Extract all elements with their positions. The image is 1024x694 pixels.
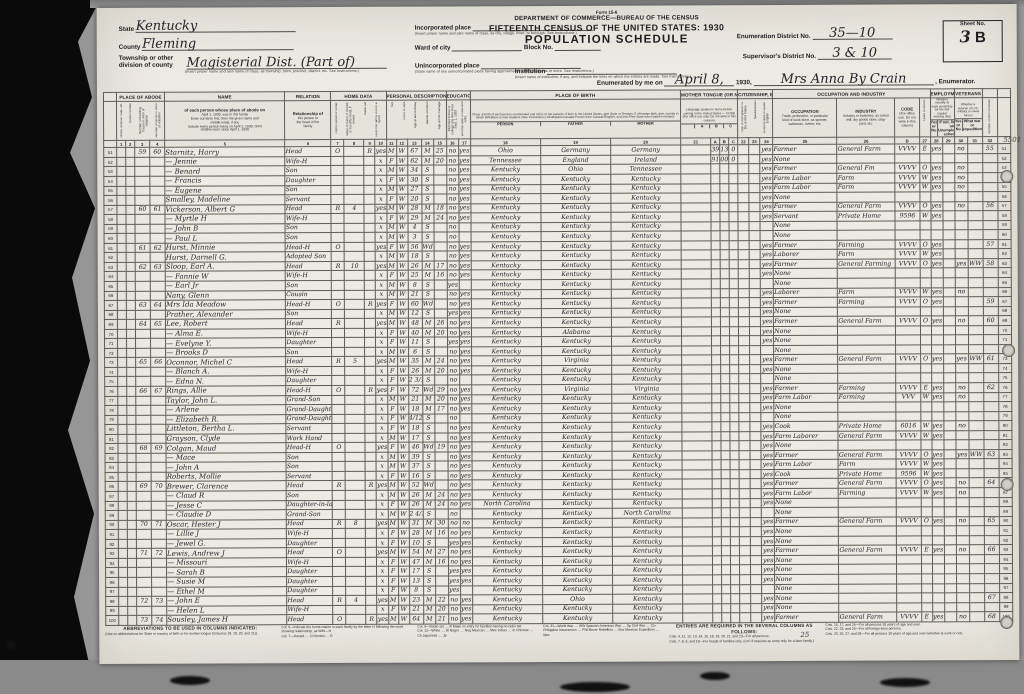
immigration-year: [740, 565, 751, 575]
read-write: yes: [459, 213, 471, 223]
tenure: [332, 347, 345, 357]
home-value: [345, 452, 365, 462]
speaks-english: yes: [762, 575, 775, 585]
attended-school: no: [446, 156, 458, 166]
marital-condition: S: [421, 194, 433, 204]
age: 31: [409, 519, 423, 529]
line-number-right: 89: [999, 507, 1012, 517]
home-value: [344, 233, 364, 243]
veteran: [954, 154, 967, 164]
attended-school: no: [447, 414, 459, 424]
dwelling-number: [137, 577, 152, 587]
age-at-marriage: 17: [434, 261, 447, 271]
code-b: [721, 317, 730, 327]
code-a: [712, 441, 721, 451]
color-race: W: [397, 318, 408, 328]
family-number: [151, 529, 166, 539]
naturalization: [749, 164, 760, 174]
sex: F: [388, 605, 398, 615]
at-work: [931, 335, 943, 345]
mother-tongue: [683, 594, 713, 604]
sex: F: [386, 213, 396, 223]
paragraph-line: yard, etc.: [838, 122, 893, 126]
veteran: yes: [955, 259, 968, 269]
occupation-code: [896, 345, 920, 355]
read-write: yes: [459, 289, 471, 299]
occupation: None: [774, 441, 838, 451]
farm-schedule: [983, 402, 998, 412]
family-number: [151, 424, 166, 434]
mother-tongue: [683, 584, 713, 594]
column-description: CODE(For officeuse. Do notwrite in thisc…: [895, 98, 919, 137]
industry: [837, 154, 895, 164]
read-write: yes: [460, 433, 472, 443]
column-number: 24: [760, 138, 773, 145]
mother-birthplace: Kentucky: [611, 308, 681, 318]
family-number: [151, 453, 166, 463]
naturalization: [750, 412, 761, 422]
name: Mrs Ida Meadow: [165, 300, 285, 310]
dwelling-number: [136, 472, 151, 482]
line-number: 71: [105, 339, 118, 349]
speaks-english: yes: [761, 498, 774, 508]
farm-schedule: [983, 268, 998, 278]
code-b: [721, 393, 730, 403]
column-group-label: PERSONAL DESCRIPTION: [386, 91, 446, 100]
age: 28: [409, 528, 423, 538]
veteran: [955, 297, 968, 307]
farm-residence: yes: [376, 261, 387, 271]
column-number: A: [711, 138, 720, 145]
at-work: yes: [932, 612, 944, 622]
farm-residence: yes: [377, 614, 388, 624]
birthplace: Kentucky: [472, 585, 542, 595]
naturalization: [750, 431, 761, 441]
immigration-year: [739, 307, 750, 317]
vertical-labels: [998, 99, 1010, 135]
sex: M: [387, 290, 397, 300]
code-b: [720, 288, 729, 298]
attended-school: no: [448, 442, 460, 452]
radio-set: [364, 185, 375, 195]
code-b: [721, 412, 730, 422]
occupation: None: [773, 221, 837, 231]
speaks-english: yes: [762, 594, 775, 604]
at-work: yes: [931, 297, 943, 307]
birthplace: Kentucky: [471, 203, 541, 213]
at-work: yes: [931, 287, 943, 297]
occupation-code: VVVV: [897, 459, 921, 469]
birthplace: Kentucky: [470, 165, 540, 175]
tenure: R: [332, 261, 345, 271]
birthplace: Kentucky: [471, 289, 541, 299]
tenure: O: [333, 615, 346, 625]
family-number: [152, 606, 167, 616]
street: [118, 377, 127, 387]
scanned-census-page: State Kentucky County Fleming Township o…: [0, 0, 1024, 694]
family-number: [150, 176, 165, 186]
sex: F: [387, 442, 397, 452]
line-number: 56: [104, 196, 117, 206]
mother-tongue: [682, 451, 712, 461]
name: Smalley, Madeline: [165, 195, 285, 205]
farm-residence: x: [377, 586, 388, 596]
attended-school: no: [447, 404, 459, 414]
line-number: 66: [104, 291, 117, 301]
mother-birthplace: Kentucky: [611, 203, 681, 213]
immigration-year: [739, 479, 750, 489]
speaks-english: yes: [762, 603, 775, 613]
dwelling-number: [135, 310, 150, 320]
war-expedition: [969, 535, 984, 545]
paragraph-line: salesman, riveter, etc.: [774, 122, 835, 126]
radio-set: [364, 156, 375, 166]
line-number-right: 61: [998, 239, 1011, 249]
veteran: no: [954, 182, 967, 192]
radio-set: [366, 490, 377, 500]
column-number: 4: [150, 141, 165, 148]
family-number: [151, 472, 166, 482]
tenure: [333, 586, 346, 596]
industry: [837, 221, 895, 231]
age: 20: [407, 194, 421, 204]
dwelling-number: [135, 157, 150, 167]
industry: Farm: [838, 459, 896, 469]
marital-condition: Wd: [423, 442, 435, 452]
at-work: yes: [932, 459, 944, 469]
age-at-marriage: 29: [434, 385, 447, 395]
occupation: None: [775, 555, 839, 565]
farm-schedule: [984, 583, 999, 593]
birthplace: Kentucky: [471, 394, 541, 404]
veteran: [955, 402, 968, 412]
code-b: [722, 594, 731, 604]
occupation: Farmer: [775, 546, 839, 556]
farm-residence: x: [377, 557, 388, 567]
line-number: 85: [105, 472, 118, 482]
sub-column-label: C: [723, 124, 737, 128]
speaks-english: yes: [761, 469, 774, 479]
farm-residence: x: [375, 223, 386, 233]
line-number: 69: [104, 320, 117, 330]
farm-residence: x: [375, 213, 386, 223]
attended-school: no: [447, 194, 459, 204]
vertical-labels: SexColor or raceAge at last birthdayMari…: [387, 102, 446, 138]
sheet-value: 3: [960, 27, 971, 46]
census-table: PLACE OF ABODENAMERELATIONHOME DATAPERSO…: [103, 88, 1013, 626]
code-a: [712, 336, 721, 346]
occupation: Farmer: [775, 612, 839, 622]
speaks-english: yes: [761, 355, 774, 365]
column-description: Place of birth of each person enumerated…: [470, 99, 681, 139]
state-label: State: [119, 26, 134, 33]
family-number: [151, 510, 166, 520]
occupation-code: [896, 268, 920, 278]
relation: Daughter: [287, 567, 333, 577]
unemployment-line: [943, 373, 955, 383]
township-field: Township or other division of county Mag…: [119, 55, 409, 74]
attended-school: no: [448, 547, 460, 557]
column-number: 17: [458, 139, 470, 146]
war-expedition: [968, 325, 983, 335]
mother-tongue: [682, 346, 712, 356]
occupation: Farmer: [774, 297, 838, 307]
unemployment-line: [944, 440, 956, 450]
birthplace: Kentucky: [472, 490, 542, 500]
industry: General Farm: [838, 431, 896, 441]
immigration-year: [739, 374, 750, 384]
mother-tongue: [681, 288, 711, 298]
family-number: [151, 338, 166, 348]
code-c: [731, 546, 740, 556]
veteran: [956, 593, 969, 603]
unemployment-line: [944, 431, 956, 441]
at-work: yes: [931, 383, 943, 393]
worker-class: O: [919, 201, 930, 211]
sex: F: [387, 404, 397, 414]
farm-residence: x: [376, 309, 387, 319]
unemployment-line: [943, 211, 955, 221]
enumerator-name: Mrs Anna By Crain: [781, 71, 907, 87]
relation: Grand-Daughter: [286, 414, 332, 424]
age: 10: [409, 538, 423, 548]
tenure: [332, 271, 345, 281]
farm-residence: yes: [377, 548, 388, 558]
read-write: yes: [460, 461, 472, 471]
occupation: None: [774, 336, 838, 346]
farm-residence: yes: [375, 204, 386, 214]
dwelling-number: [135, 186, 150, 196]
house-number: [126, 243, 135, 253]
worker-class: [920, 373, 931, 383]
marital-condition: S: [423, 586, 435, 596]
house-number: [127, 415, 136, 425]
tenure: [333, 567, 346, 577]
unemployment-line: [943, 421, 955, 431]
veteran: yes: [956, 450, 969, 460]
birthplace: Kentucky: [471, 260, 541, 270]
house-number: [128, 558, 137, 568]
marital-condition: Wd: [422, 385, 434, 395]
veteran: [955, 249, 968, 259]
occupation-code: [896, 335, 920, 345]
age: 2 3/12: [408, 376, 422, 386]
at-work: [931, 364, 943, 374]
name: — John E: [167, 596, 287, 606]
home-value: [346, 538, 366, 548]
code-a: [711, 193, 720, 203]
radio-set: [366, 519, 377, 529]
code-b: [721, 537, 730, 547]
mother-tongue: [682, 384, 712, 394]
name: — Eugene: [165, 185, 285, 195]
unemployment-line: [944, 593, 956, 603]
line-number-right: 58: [998, 211, 1011, 221]
table-header: PLACE OF ABODENAMERELATIONHOME DATAPERSO…: [103, 89, 1010, 148]
dwelling-number: [135, 281, 150, 291]
tenure: [331, 214, 344, 224]
naturalization: [751, 555, 762, 565]
mother-birthplace: Kentucky: [613, 594, 683, 604]
age-at-marriage: [435, 471, 448, 481]
code-a: [711, 288, 720, 298]
home-value: [346, 605, 366, 615]
color-race: W: [397, 261, 408, 271]
relation: Son: [285, 185, 331, 195]
line-number: 65: [104, 281, 117, 291]
attended-school: no: [448, 519, 460, 529]
home-value: [345, 404, 365, 414]
occupation: Farm Laborer: [774, 431, 838, 441]
age: 48: [408, 318, 422, 328]
radio-set: R: [366, 481, 377, 491]
sub-columns: Yes or NoWhat war or expedition: [955, 118, 982, 131]
relation: Head: [287, 519, 333, 529]
unemployment-line: [944, 583, 956, 593]
street: [117, 234, 126, 244]
speaks-english: yes: [761, 450, 774, 460]
dwelling-number: [136, 405, 151, 415]
read-write: yes: [458, 165, 470, 175]
naturalization: [750, 479, 761, 489]
farm-residence: x: [375, 194, 386, 204]
at-work: [930, 154, 942, 164]
sex: M: [386, 185, 396, 195]
house-number: [127, 358, 136, 368]
mother-birthplace: Kentucky: [612, 470, 682, 480]
occupation: Farmer: [774, 316, 838, 326]
farm-schedule: [983, 287, 998, 297]
immigration-year: [739, 451, 750, 461]
mother-tongue: [681, 183, 711, 193]
code-a: [712, 384, 721, 394]
column-description: Number of farm schedule: [982, 98, 997, 137]
home-value: [346, 500, 366, 510]
read-write: yes: [460, 442, 472, 452]
industry: General Farm: [838, 316, 896, 326]
line-number: 84: [105, 463, 118, 473]
family-number: [151, 405, 166, 415]
name: Hurst, Darnell G.: [165, 252, 285, 262]
code-b: [721, 508, 730, 518]
at-work: yes: [930, 163, 942, 173]
line-number: 88: [105, 501, 118, 511]
occupation-code: VVVV: [896, 354, 920, 364]
unemployment-line: [944, 545, 956, 555]
farm-schedule: [983, 192, 998, 202]
age: 40: [408, 328, 422, 338]
attended-school: no: [446, 184, 458, 194]
code-c: [730, 374, 739, 384]
line-number: 89: [105, 511, 118, 521]
code-c: [729, 260, 738, 270]
father-birthplace: Alabama: [541, 327, 611, 337]
line-number-right: 68: [998, 306, 1011, 316]
father-birthplace: Kentucky: [541, 184, 611, 194]
farm-schedule: 55: [982, 144, 997, 154]
line-number-right: 55: [998, 182, 1011, 192]
tenure: R: [332, 357, 345, 367]
immigration-year: [738, 240, 749, 250]
tenure: [333, 538, 346, 548]
sex: M: [386, 204, 396, 214]
age: 18: [408, 423, 422, 433]
speaks-english: yes: [762, 555, 775, 565]
mother-tongue: [683, 565, 713, 575]
code-b: [721, 470, 730, 480]
radio-set: [365, 433, 376, 443]
read-write: yes: [459, 194, 471, 204]
column-number: 10: [375, 140, 386, 147]
column-group-label: VETERANS: [954, 89, 982, 98]
mother-tongue: [682, 403, 712, 413]
column-description: Street, avenue, road, etc.House numberNu…: [116, 101, 164, 141]
radio-set: [365, 443, 376, 453]
color-race: W: [398, 567, 409, 577]
marital-condition: M: [422, 270, 434, 280]
line-number-right: 77: [998, 392, 1011, 402]
sex: F: [387, 385, 397, 395]
column-number: 12: [396, 139, 407, 146]
farm-residence: x: [377, 500, 388, 510]
veteran: yes: [955, 354, 968, 364]
occupation-code: 6016: [896, 421, 920, 431]
name: — John B: [165, 223, 285, 233]
unemployment-line: [943, 220, 955, 230]
unemployment-line: [944, 516, 956, 526]
sex: F: [387, 376, 397, 386]
war-expedition: [968, 249, 983, 259]
marital-condition: M: [423, 500, 435, 510]
marital-condition: S: [421, 185, 433, 195]
house-number: [127, 549, 136, 559]
marital-condition: S: [422, 251, 434, 261]
relation: Son: [286, 347, 332, 357]
tenure: [332, 424, 345, 434]
mother-tongue: [681, 269, 711, 279]
code-b: 00: [720, 155, 729, 165]
read-write: yes: [458, 146, 470, 156]
marital-condition: S: [422, 337, 434, 347]
name: — Edna N.: [166, 376, 286, 386]
footer-col31: Col. 31—World War .... WW Spanish-Americ…: [543, 624, 663, 659]
line-number-right: 69: [998, 316, 1011, 326]
column-number: 27: [919, 137, 930, 144]
tenure: [332, 433, 345, 443]
line-number-right: 76: [998, 383, 1011, 393]
birthplace: Kentucky: [472, 547, 542, 557]
color-race: W: [397, 395, 408, 405]
radio-set: [364, 166, 375, 176]
read-write: yes: [460, 471, 472, 481]
vertical-label: Radio set: [364, 102, 367, 115]
mother-tongue: [681, 241, 711, 251]
unemployment-line: [944, 507, 956, 517]
code-a: [712, 412, 721, 422]
occupation: None: [773, 154, 837, 164]
code-a: [712, 393, 721, 403]
column-group-label: EDUCATION: [446, 91, 470, 100]
naturalization: [749, 193, 760, 203]
sex: M: [387, 309, 397, 319]
worker-class: O: [921, 450, 932, 460]
radio-set: [365, 280, 376, 290]
industry: [838, 364, 896, 374]
column-number: 3: [135, 141, 150, 148]
marital-condition: S: [422, 290, 434, 300]
dwelling-number: [137, 558, 152, 568]
vertical-label: Does this family live on a farm?: [375, 102, 382, 137]
